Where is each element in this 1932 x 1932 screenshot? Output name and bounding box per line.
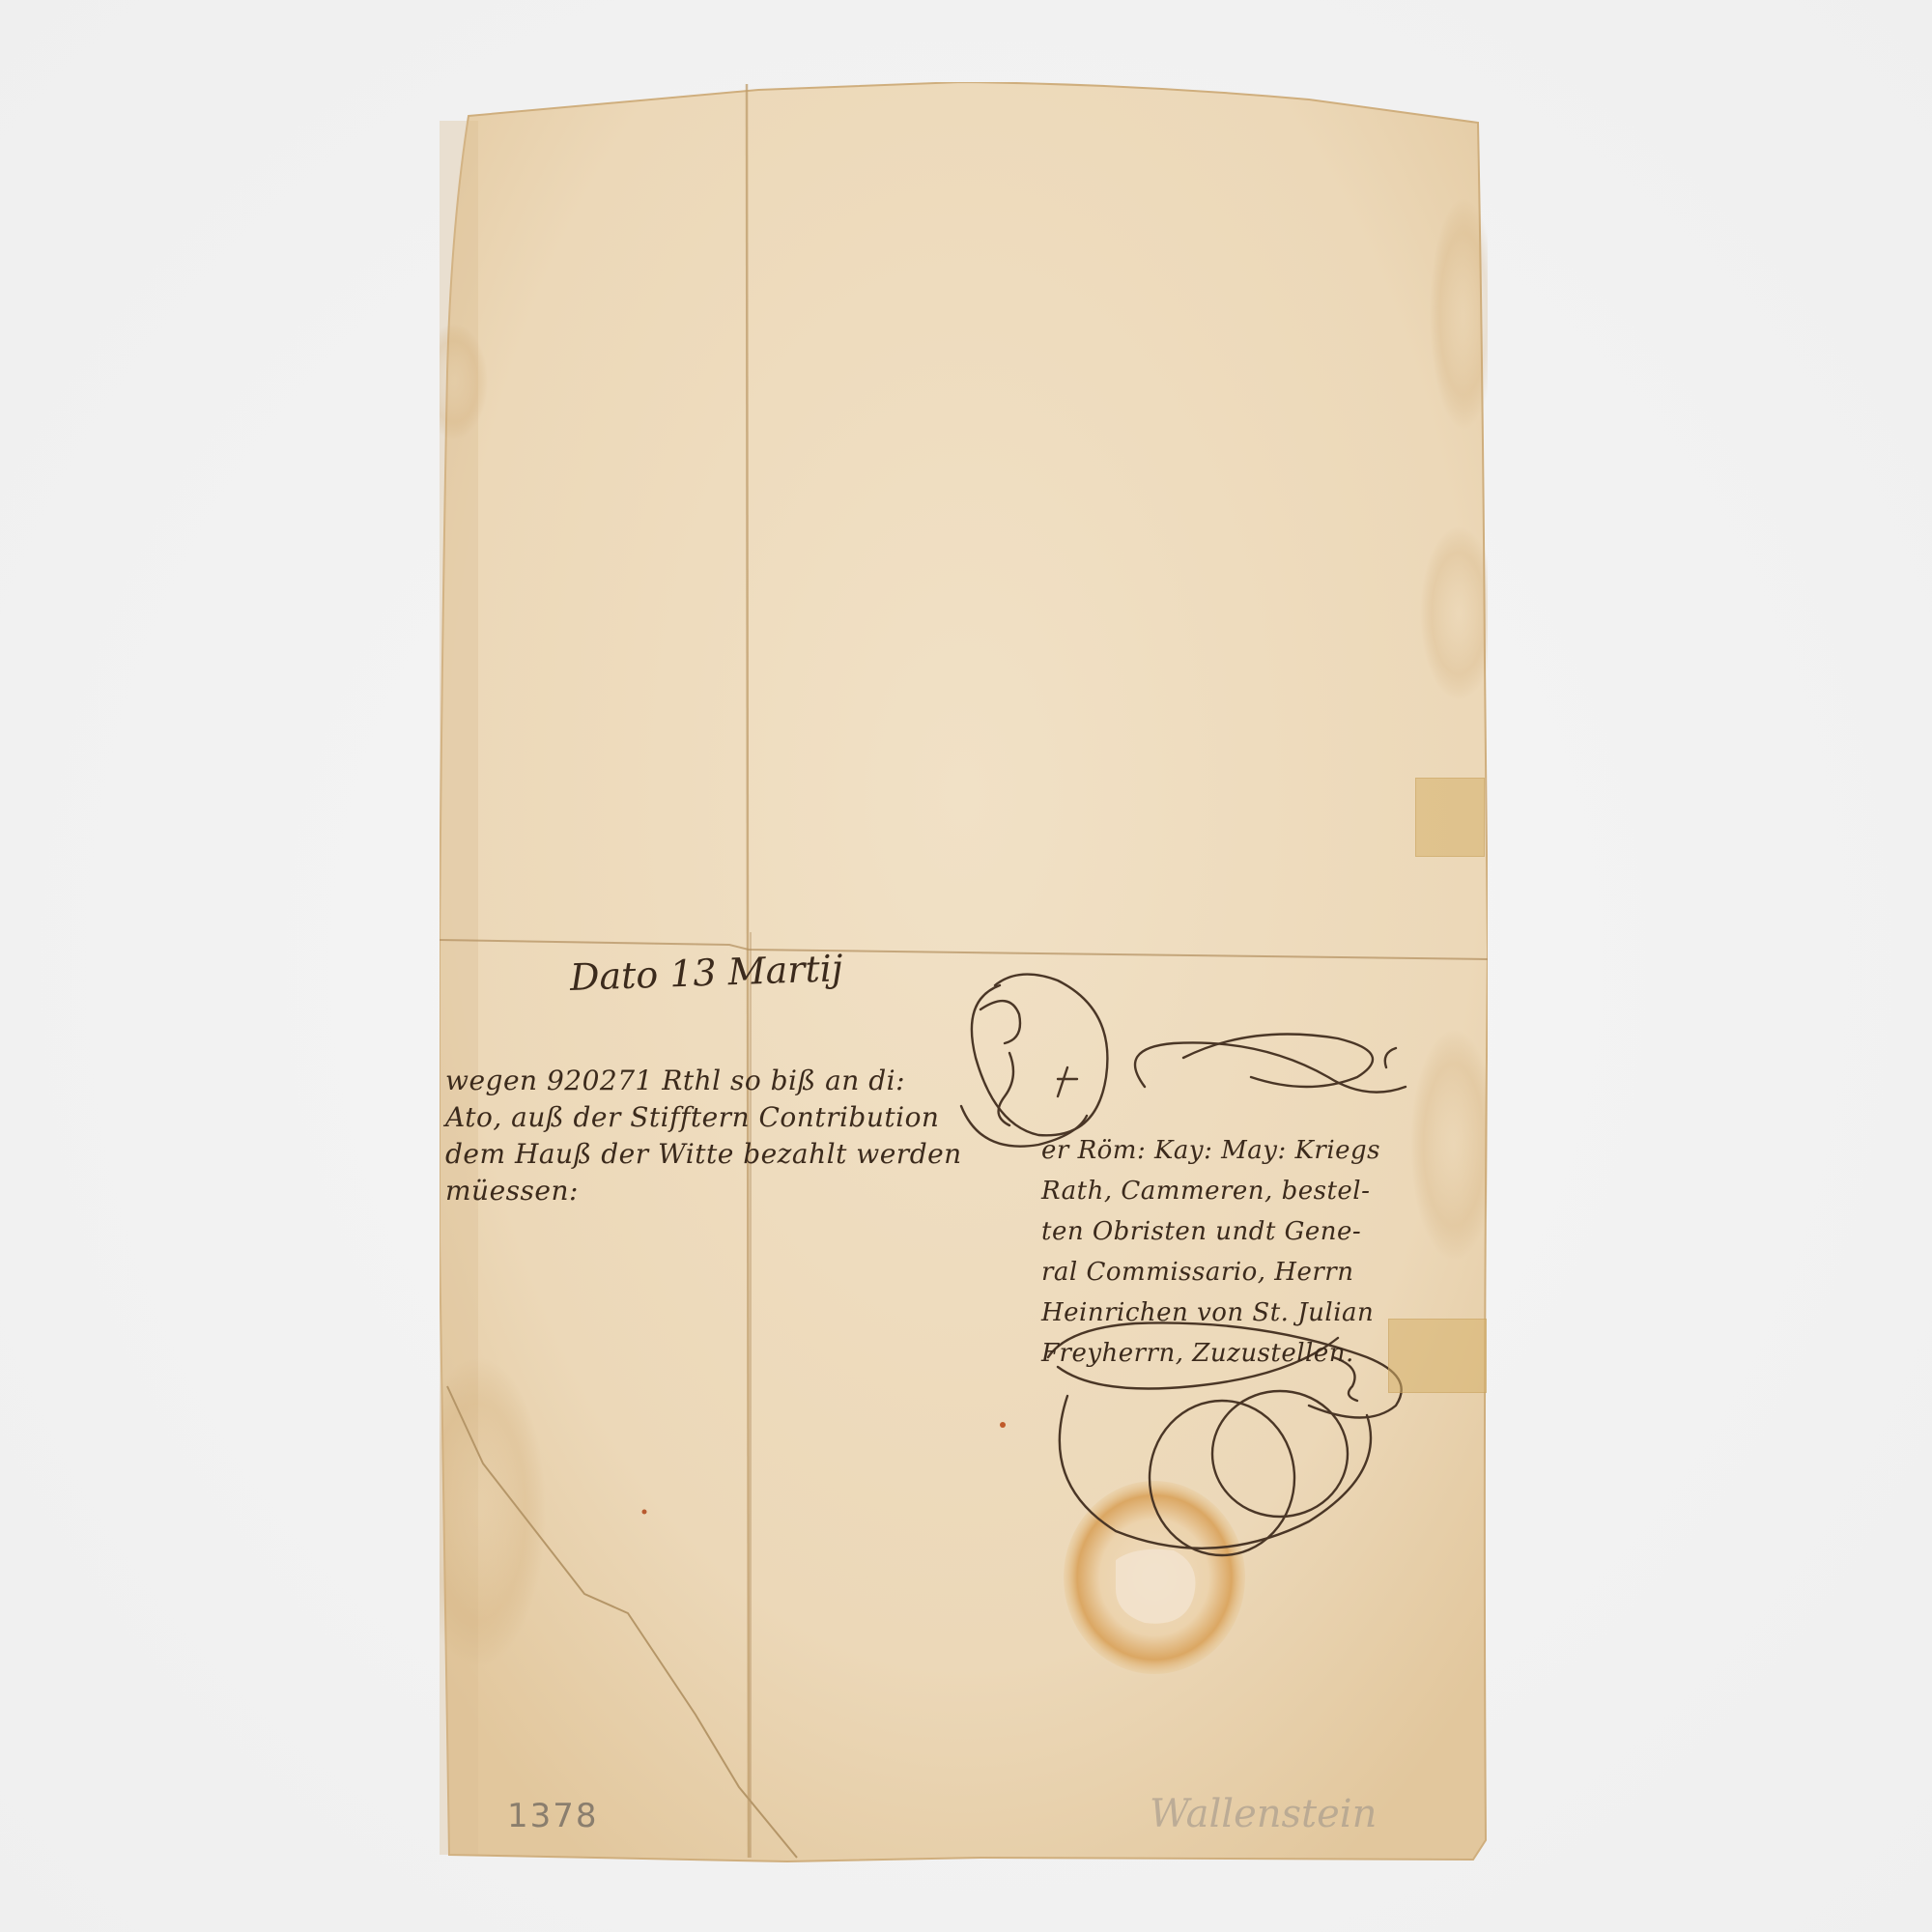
- address-text: er Röm: Kay: May: Kriegs Rath, Cammeren,…: [1041, 1130, 1380, 1374]
- catalog-number: 1378: [507, 1797, 599, 1835]
- attribution-note: Wallenstein: [1150, 1792, 1377, 1836]
- left-note-line: müessen:: [445, 1173, 962, 1209]
- address-line: Freyherrn, Zuzustellen.: [1041, 1333, 1380, 1374]
- address-line: ral Commissario, Herrn: [1041, 1252, 1380, 1293]
- left-note-line: dem Hauß der Witte bezahlt werden: [445, 1136, 962, 1173]
- tape-strip: [1415, 778, 1485, 857]
- address-line: ten Obristen undt Gene-: [1041, 1211, 1380, 1252]
- tape-strip: [1388, 1319, 1487, 1393]
- seal-stain: [1064, 1481, 1245, 1674]
- address-line: er Röm: Kay: May: Kriegs: [1041, 1130, 1380, 1171]
- manuscript-sheet: Dato 13 Martij wegen 920271 Rthl so biß …: [440, 82, 1488, 1864]
- left-note-text: wegen 920271 Rthl so biß an di: Ato, auß…: [445, 1063, 962, 1209]
- left-note-line: wegen 920271 Rthl so biß an di:: [445, 1063, 962, 1099]
- address-line: Heinrichen von St. Julian: [1041, 1293, 1380, 1333]
- left-note-line: Ato, auß der Stifftern Contribution: [445, 1099, 962, 1136]
- address-line: Rath, Cammeren, bestel-: [1041, 1171, 1380, 1211]
- photo-background: Dato 13 Martij wegen 920271 Rthl so biß …: [0, 0, 1932, 1932]
